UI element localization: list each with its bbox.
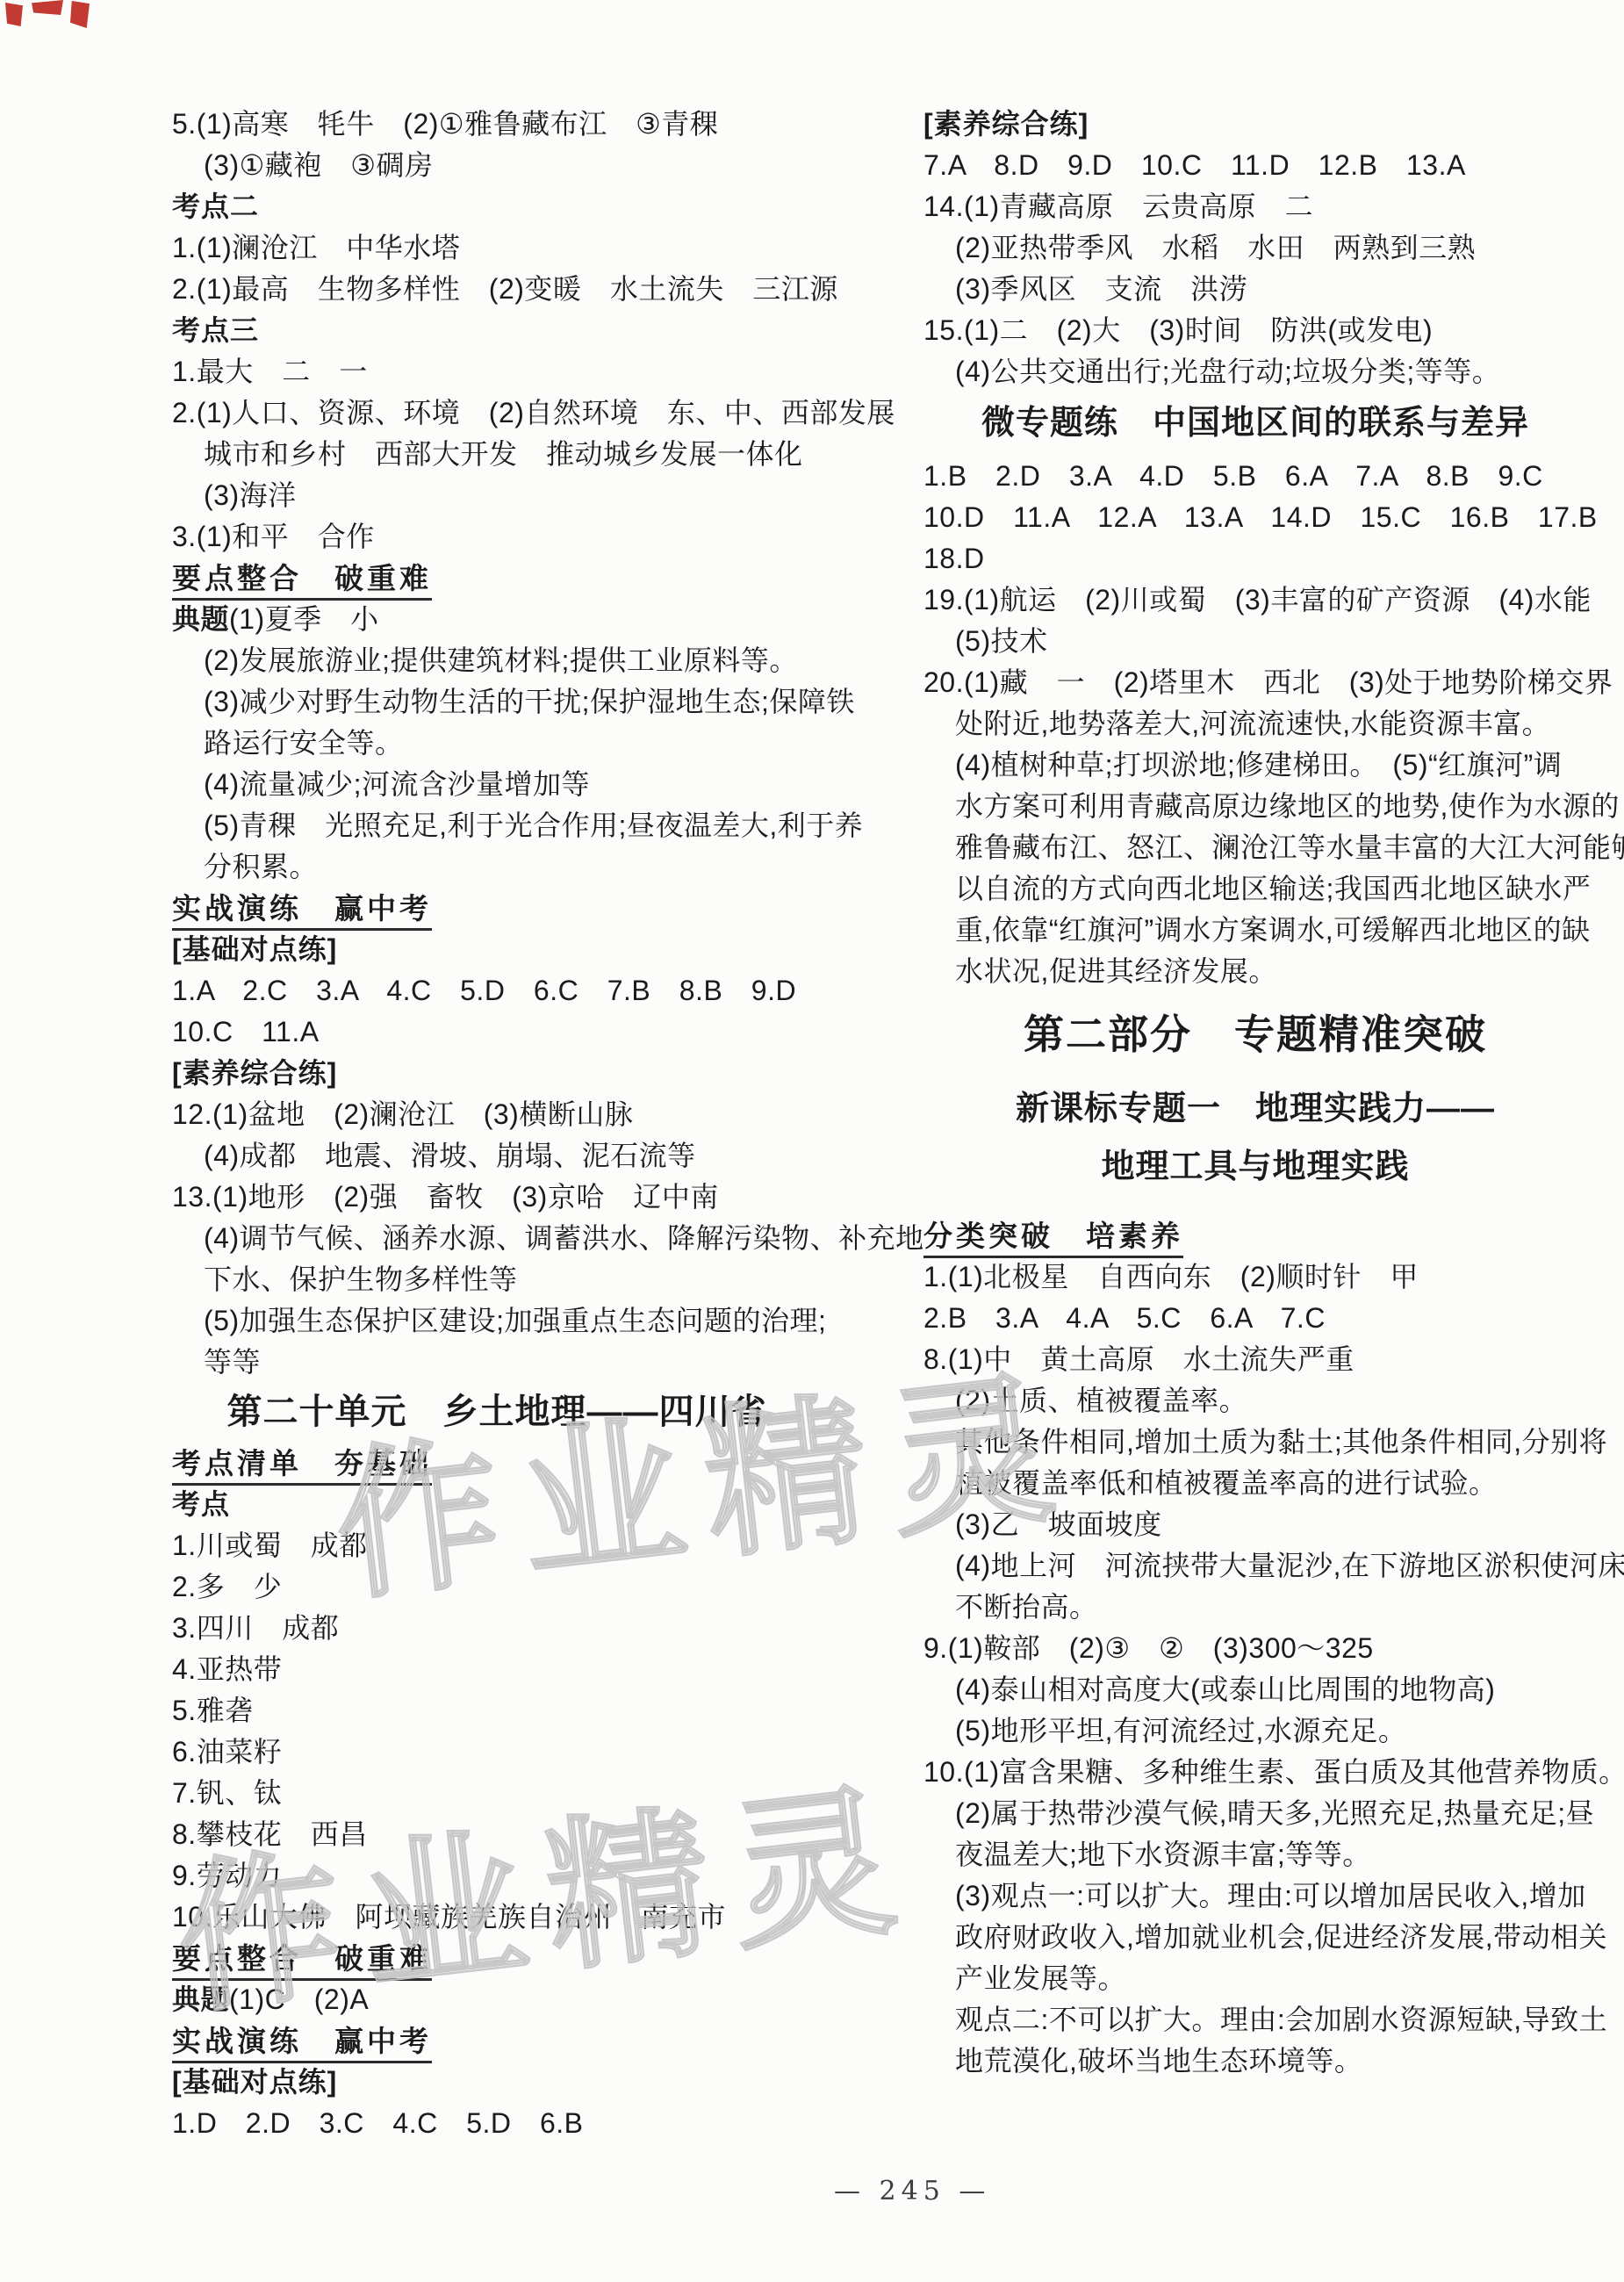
answer-line: (4)流量减少;河流含沙量增加等 xyxy=(172,764,822,805)
line-text: 考点三 xyxy=(172,314,259,346)
line-text: (4)泰山相对高度大(或泰山比周围的地物高) xyxy=(955,1674,1495,1705)
answer-line: 9.劳动力 xyxy=(172,1855,822,1897)
answer-line: 城市和乡村 西部大开发 推动城乡发展一体化 xyxy=(172,434,822,475)
line-text: 雅鲁藏布江、怒江、澜沧江等水量丰富的大江大河能够 xyxy=(955,831,1624,863)
subsection-label: [素养综合练] xyxy=(172,1053,822,1094)
answer-line: 观点二:不可以扩大。理由:会加剧水资源短缺,导致土 xyxy=(923,1999,1587,2041)
answer-line: 18.D xyxy=(923,538,1587,579)
line-text: 12.(1)盆地 (2)澜沧江 (3)横断山脉 xyxy=(172,1098,633,1130)
answer-line: 19.(1)航运 (2)川或蜀 (3)丰富的矿产资源 (4)水能 xyxy=(923,579,1587,621)
answer-line: (4)泰山相对高度大(或泰山比周围的地物高) xyxy=(923,1669,1587,1710)
corner-mark-fragment xyxy=(70,1,90,28)
answer-line: 7.钒、钛 xyxy=(172,1773,822,1814)
line-text: 2.B 3.A 4.A 5.C 6.A 7.C xyxy=(923,1302,1326,1334)
two-column-layout: 5.(1)高寒 牦牛 (2)①雅鲁藏布江 ③青稞(3)①藏袍 ③碉房考点二1.(… xyxy=(0,0,1624,2144)
line-text: 8.攀枝花 西昌 xyxy=(172,1818,368,1850)
answer-line: 1.B 2.D 3.A 4.D 5.B 6.A 7.A 8.B 9.C xyxy=(923,456,1587,497)
answer-line: 以自流的方式向西北地区输送;我国西北地区缺水严 xyxy=(923,868,1587,910)
line-text: 10.乐山大佛 阿坝藏族羌族自治州 南充市 xyxy=(172,1901,726,1933)
answer-line: 20.(1)藏 一 (2)塔里木 西北 (3)处于地势阶梯交界 xyxy=(923,662,1587,703)
line-text: (4)调节气候、涵养水源、调蓄洪水、降解污染物、补充地 xyxy=(204,1222,924,1254)
line-text: (5)地形平坦,有河流经过,水源充足。 xyxy=(955,1715,1406,1746)
line-text: 地理工具与地理实践 xyxy=(1101,1148,1409,1185)
answer-line: 7.A 8.D 9.D 10.C 11.D 12.B 13.A xyxy=(923,145,1587,186)
line-text: (3)海洋 xyxy=(204,479,297,511)
bold-label: 典题 xyxy=(172,1983,229,2015)
line-text: (4)公共交通出行;光盘行动;垃圾分类;等等。 xyxy=(955,356,1500,387)
line-text: (4)成都 地震、滑坡、崩塌、泥石流等 xyxy=(204,1140,696,1171)
line-text: (3)观点一:可以扩大。理由:可以增加居民收入,增加 xyxy=(955,1880,1586,1911)
answer-line: 10.C 11.A xyxy=(172,1011,822,1053)
line-text: 等等 xyxy=(204,1346,261,1378)
answer-line: 产业发展等。 xyxy=(923,1958,1587,1999)
line-text: 4.亚热带 xyxy=(172,1653,282,1685)
subsection-label: [基础对点练] xyxy=(172,2062,822,2103)
answer-line: 3.四川 成都 xyxy=(172,1608,822,1649)
answer-line: 5.(1)高寒 牦牛 (2)①雅鲁藏布江 ③青稞 xyxy=(172,104,822,145)
unit-heading: 第二十单元 乡土地理——四川省 xyxy=(172,1385,822,1439)
line-text: [基础对点练] xyxy=(172,933,337,965)
line-text: 1.D 2.D 3.C 4.C 5.D 6.B xyxy=(172,2107,584,2139)
corner-mark-fragment xyxy=(32,0,63,15)
answer-line: (4)公共交通出行;光盘行动;垃圾分类;等等。 xyxy=(923,351,1587,392)
line-text: 城市和乡村 西部大开发 推动城乡发展一体化 xyxy=(204,438,803,470)
answer-line: (3)①藏袍 ③碉房 xyxy=(172,145,822,186)
bold-label: 典题 xyxy=(172,603,229,635)
line-text: (4)植树种草;打坝淤地;修建梯田。 (5)“红旗河”调 xyxy=(955,749,1562,781)
line-text: (4)地上河 河流挟带大量泥沙,在下游地区淤积使河床 xyxy=(955,1550,1624,1581)
answer-line: (3)季风区 支流 洪涝 xyxy=(923,269,1587,310)
line-text: [基础对点练] xyxy=(172,2066,337,2098)
line-text: 分类突破 培素养 xyxy=(923,1219,1183,1258)
line-text: 第二部分 专题精准突破 xyxy=(1024,1011,1487,1057)
answer-line: 其他条件相同,增加土质为黏土;其他条件相同,分别将 xyxy=(923,1422,1587,1463)
answer-line: (2)土质、植被覆盖率。 xyxy=(923,1380,1587,1422)
answer-line: (2)属于热带沙漠气候,晴天多,光照充足,热量充足;昼 xyxy=(923,1793,1587,1834)
line-text: (4)流量减少;河流含沙量增加等 xyxy=(204,768,590,800)
line-text: 1.(1)北极星 自西向东 (2)顺时针 甲 xyxy=(923,1261,1419,1292)
line-text: (3)减少对野生动物生活的干扰;保护湿地生态;保障铁 xyxy=(204,686,855,717)
answer-line: 13.(1)地形 (2)强 畜牧 (3)京哈 辽中南 xyxy=(172,1177,822,1218)
line-text: 10.D 11.A 12.A 13.A 14.D 15.C 16.B 17.B xyxy=(923,501,1598,533)
page-number: — 245 — xyxy=(834,2176,990,2206)
line-text: [素养综合练] xyxy=(923,108,1089,140)
corner-mark-fragment xyxy=(5,3,23,26)
topic-heading-line2: 地理工具与地理实践 xyxy=(923,1141,1587,1192)
line-text: (5)技术 xyxy=(955,625,1048,657)
answer-line: (3)减少对野生动物生活的干扰;保护湿地生态;保障铁 xyxy=(172,681,822,723)
answer-line: 典题(1)C (2)A xyxy=(172,1979,822,2020)
answer-line: 8.(1)中 黄土高原 水土流失严重 xyxy=(923,1339,1587,1380)
line-text: 考点 xyxy=(172,1488,230,1520)
line-text: 新课标专题一 地理实践力—— xyxy=(1016,1091,1495,1127)
line-text: 实战演练 赢中考 xyxy=(172,2024,432,2063)
line-text: 分积累。 xyxy=(204,851,318,882)
answer-line: 1.(1)澜沧江 中华水塔 xyxy=(172,227,822,269)
line-text: (2)亚热带季风 水稻 水田 两熟到三熟 xyxy=(955,232,1476,263)
line-text: (5)加强生态保护区建设;加强重点生态问题的治理; xyxy=(204,1305,826,1336)
answer-line: 下水、保护生物多样性等 xyxy=(172,1259,822,1300)
line-text: 夜温差大;地下水资源丰富;等等。 xyxy=(955,1839,1371,1870)
topic-heading: 新课标专题一 地理实践力—— xyxy=(923,1083,1587,1134)
line-text: 2.(1)最高 生物多样性 (2)变暖 水土流失 三江源 xyxy=(172,273,838,305)
line-text: 1.(1)澜沧江 中华水塔 xyxy=(172,232,460,263)
section-header: 考点清单 夯基础 xyxy=(172,1443,822,1484)
answer-line: 重,依靠“红旗河”调水方案调水,可缓解西北地区的缺 xyxy=(923,910,1587,951)
line-text: 2.多 少 xyxy=(172,1571,282,1602)
line-text: (2)属于热带沙漠气候,晴天多,光照充足,热量充足;昼 xyxy=(955,1797,1594,1829)
line-text: 7.钒、钛 xyxy=(172,1777,282,1809)
section-header: 实战演练 赢中考 xyxy=(172,2020,822,2062)
section-header: 实战演练 赢中考 xyxy=(172,888,822,929)
section-header: 分类突破 培素养 xyxy=(923,1215,1587,1256)
line-text: 路运行安全等。 xyxy=(204,727,404,759)
answer-line: 1.最大 二 一 xyxy=(172,351,822,392)
answer-line: 9.(1)鞍部 (2)③ ② (3)300～325 xyxy=(923,1628,1587,1669)
line-text: 1.A 2.C 3.A 4.C 5.D 6.C 7.B 8.B 9.D xyxy=(172,975,796,1006)
line-text: 5.(1)高寒 牦牛 (2)①雅鲁藏布江 ③青稞 xyxy=(172,108,718,140)
subsection-label: 考点三 xyxy=(172,310,822,351)
answer-line: 2.多 少 xyxy=(172,1566,822,1608)
answer-line: 路运行安全等。 xyxy=(172,723,822,764)
line-text: 处附近,地势落差大,河流流速快,水能资源丰富。 xyxy=(955,708,1550,739)
line-text: 9.劳动力 xyxy=(172,1860,282,1891)
line-text: 水方案可利用青藏高原边缘地区的地势,使作为水源的 xyxy=(955,790,1620,822)
answer-line: 雅鲁藏布江、怒江、澜沧江等水量丰富的大江大河能够 xyxy=(923,827,1587,868)
answer-line: 2.(1)人口、资源、环境 (2)自然环境 东、中、西部发展 xyxy=(172,392,822,434)
answer-line: 水方案可利用青藏高原边缘地区的地势,使作为水源的 xyxy=(923,786,1587,827)
line-text: 1.川或蜀 成都 xyxy=(172,1530,368,1561)
line-text: 政府财政收入,增加就业机会,促进经济发展,带动相关 xyxy=(955,1921,1607,1953)
line-text: 19.(1)航运 (2)川或蜀 (3)丰富的矿产资源 (4)水能 xyxy=(923,584,1592,615)
book-page: 5.(1)高寒 牦牛 (2)①雅鲁藏布江 ③青稞(3)①藏袍 ③碉房考点二1.(… xyxy=(0,0,1624,2282)
answer-line: 政府财政收入,增加就业机会,促进经济发展,带动相关 xyxy=(923,1917,1587,1958)
line-text: 产业发展等。 xyxy=(955,1962,1126,1994)
answer-line: 不断抬高。 xyxy=(923,1587,1587,1628)
line-text: (3)①藏袍 ③碉房 xyxy=(204,149,434,181)
answer-line: 2.B 3.A 4.A 5.C 6.A 7.C xyxy=(923,1298,1587,1339)
answer-line: 典题(1)夏季 小 xyxy=(172,599,822,640)
line-text: 13.(1)地形 (2)强 畜牧 (3)京哈 辽中南 xyxy=(172,1181,719,1213)
subsection-label: [素养综合练] xyxy=(923,104,1587,145)
line-text: 5.雅砻 xyxy=(172,1695,254,1726)
line-text: 14.(1)青藏高原 云贵高原 二 xyxy=(923,191,1313,222)
part-heading: 第二部分 专题精准突破 xyxy=(923,1006,1587,1062)
line-text: (1)C (2)A xyxy=(229,1983,369,2015)
answer-line: 10.D 11.A 12.A 13.A 14.D 15.C 16.B 17.B xyxy=(923,497,1587,538)
answer-line: (5)加强生态保护区建设;加强重点生态问题的治理; xyxy=(172,1300,822,1342)
line-text: 1.B 2.D 3.A 4.D 5.B 6.A 7.A 8.B 9.C xyxy=(923,460,1543,492)
line-text: (5)青稞 光照充足,利于光合作用;昼夜温差大,利于养 xyxy=(204,810,863,841)
line-text: (3)季风区 支流 洪涝 xyxy=(955,273,1247,305)
section-header: 要点整合 破重难 xyxy=(172,558,822,599)
answer-line: 1.A 2.C 3.A 4.C 5.D 6.C 7.B 8.B 9.D xyxy=(172,970,822,1011)
answer-line: (2)亚热带季风 水稻 水田 两熟到三熟 xyxy=(923,227,1587,269)
answer-line: 6.油菜籽 xyxy=(172,1731,822,1773)
answer-line: (4)植树种草;打坝淤地;修建梯田。 (5)“红旗河”调 xyxy=(923,745,1587,786)
answer-line: 2.(1)最高 生物多样性 (2)变暖 水土流失 三江源 xyxy=(172,269,822,310)
line-text: 考点二 xyxy=(172,191,259,222)
subsection-label: 考点 xyxy=(172,1484,822,1525)
answer-line: 夜温差大;地下水资源丰富;等等。 xyxy=(923,1834,1587,1875)
line-text: 15.(1)二 (2)大 (3)时间 防洪(或发电) xyxy=(923,314,1433,346)
subsection-label: 考点二 xyxy=(172,186,822,227)
line-text: 要点整合 破重难 xyxy=(172,1941,432,1981)
answer-line: (4)调节气候、涵养水源、调蓄洪水、降解污染物、补充地 xyxy=(172,1218,822,1259)
answer-line: (3)海洋 xyxy=(172,475,822,516)
right-column: [素养综合练]7.A 8.D 9.D 10.C 11.D 12.B 13.A14… xyxy=(923,104,1587,2144)
answer-line: (4)成都 地震、滑坡、崩塌、泥石流等 xyxy=(172,1135,822,1177)
line-text: (2)土质、植被覆盖率。 xyxy=(955,1385,1247,1416)
line-text: 水状况,促进其经济发展。 xyxy=(955,955,1277,987)
answer-line: 15.(1)二 (2)大 (3)时间 防洪(或发电) xyxy=(923,310,1587,351)
line-text: 1.最大 二 一 xyxy=(172,356,368,387)
answer-line: 10.(1)富含果糖、多种维生素、蛋白质及其他营养物质。 xyxy=(923,1752,1587,1793)
answer-line: 植被覆盖率低和植被覆盖率高的进行试验。 xyxy=(923,1463,1587,1504)
answer-line: 5.雅砻 xyxy=(172,1690,822,1731)
answer-line: 8.攀枝花 西昌 xyxy=(172,1814,822,1855)
line-text: 10.C 11.A xyxy=(172,1016,320,1047)
line-text: [素养综合练] xyxy=(172,1057,337,1089)
line-text: 以自流的方式向西北地区输送;我国西北地区缺水严 xyxy=(955,873,1591,904)
topic-heading: 微专题练 中国地区间的联系与差异 xyxy=(923,398,1587,449)
line-text: 7.A 8.D 9.D 10.C 11.D 12.B 13.A xyxy=(923,149,1466,181)
line-text: 10.(1)富含果糖、多种维生素、蛋白质及其他营养物质。 xyxy=(923,1756,1624,1788)
answer-line: (3)观点一:可以扩大。理由:可以增加居民收入,增加 xyxy=(923,1875,1587,1917)
answer-line: 12.(1)盆地 (2)澜沧江 (3)横断山脉 xyxy=(172,1094,822,1135)
answer-line: (5)青稞 光照充足,利于光合作用;昼夜温差大,利于养 xyxy=(172,805,822,846)
line-text: 20.(1)藏 一 (2)塔里木 西北 (3)处于地势阶梯交界 xyxy=(923,666,1613,698)
answer-line: (4)地上河 河流挟带大量泥沙,在下游地区淤积使河床 xyxy=(923,1545,1587,1587)
line-text: 18.D xyxy=(923,543,985,574)
left-column: 5.(1)高寒 牦牛 (2)①雅鲁藏布江 ③青稞(3)①藏袍 ③碉房考点二1.(… xyxy=(172,104,822,2144)
line-text: 其他条件相同,增加土质为黏土;其他条件相同,分别将 xyxy=(955,1426,1607,1458)
line-text: (1)夏季 小 xyxy=(229,603,379,635)
answer-line: (5)地形平坦,有河流经过,水源充足。 xyxy=(923,1710,1587,1752)
line-text: 第二十单元 乡土地理——四川省 xyxy=(227,1393,767,1431)
line-text: 2.(1)人口、资源、环境 (2)自然环境 东、中、西部发展 xyxy=(172,397,895,428)
answer-line: (3)乙 坡面坡度 xyxy=(923,1504,1587,1545)
line-text: 3.四川 成都 xyxy=(172,1612,339,1644)
answer-line: 分积累。 xyxy=(172,846,822,888)
answer-line: 1.D 2.D 3.C 4.C 5.D 6.B xyxy=(172,2103,822,2144)
line-text: 不断抬高。 xyxy=(955,1591,1098,1623)
line-text: 微专题练 中国地区间的联系与差异 xyxy=(981,405,1529,442)
answer-line: (2)发展旅游业;提供建筑材料;提供工业原料等。 xyxy=(172,640,822,681)
answer-line: 3.(1)和平 合作 xyxy=(172,516,822,558)
line-text: 重,依靠“红旗河”调水方案调水,可缓解西北地区的缺 xyxy=(955,914,1591,946)
line-text: 6.油菜籽 xyxy=(172,1736,282,1767)
answer-line: 处附近,地势落差大,河流流速快,水能资源丰富。 xyxy=(923,703,1587,745)
line-text: 实战演练 赢中考 xyxy=(172,891,432,931)
line-text: (2)发展旅游业;提供建筑材料;提供工业原料等。 xyxy=(204,644,798,676)
section-header: 要点整合 破重难 xyxy=(172,1938,822,1979)
line-text: 要点整合 破重难 xyxy=(172,561,432,601)
line-text: 考点清单 夯基础 xyxy=(172,1446,432,1486)
answer-line: 10.乐山大佛 阿坝藏族羌族自治州 南充市 xyxy=(172,1897,822,1938)
line-text: 9.(1)鞍部 (2)③ ② (3)300～325 xyxy=(923,1632,1374,1664)
answer-line: 4.亚热带 xyxy=(172,1649,822,1690)
answer-line: 地荒漠化,破坏当地生态环境等。 xyxy=(923,2041,1587,2082)
answer-line: 1.(1)北极星 自西向东 (2)顺时针 甲 xyxy=(923,1256,1587,1298)
line-text: 8.(1)中 黄土高原 水土流失严重 xyxy=(923,1343,1355,1375)
answer-line: 14.(1)青藏高原 云贵高原 二 xyxy=(923,186,1587,227)
answer-line: (5)技术 xyxy=(923,621,1587,662)
answer-line: 等等 xyxy=(172,1342,822,1383)
line-text: (3)乙 坡面坡度 xyxy=(955,1508,1162,1540)
line-text: 3.(1)和平 合作 xyxy=(172,521,375,552)
line-text: 观点二:不可以扩大。理由:会加剧水资源短缺,导致土 xyxy=(955,2004,1607,2035)
subsection-label: [基础对点练] xyxy=(172,929,822,970)
line-text: 地荒漠化,破坏当地生态环境等。 xyxy=(955,2045,1362,2077)
line-text: 下水、保护生物多样性等 xyxy=(204,1263,518,1295)
answer-line: 1.川或蜀 成都 xyxy=(172,1525,822,1566)
line-text: 植被覆盖率低和植被覆盖率高的进行试验。 xyxy=(955,1467,1498,1499)
answer-line: 水状况,促进其经济发展。 xyxy=(923,951,1587,992)
corner-marks xyxy=(5,0,102,37)
